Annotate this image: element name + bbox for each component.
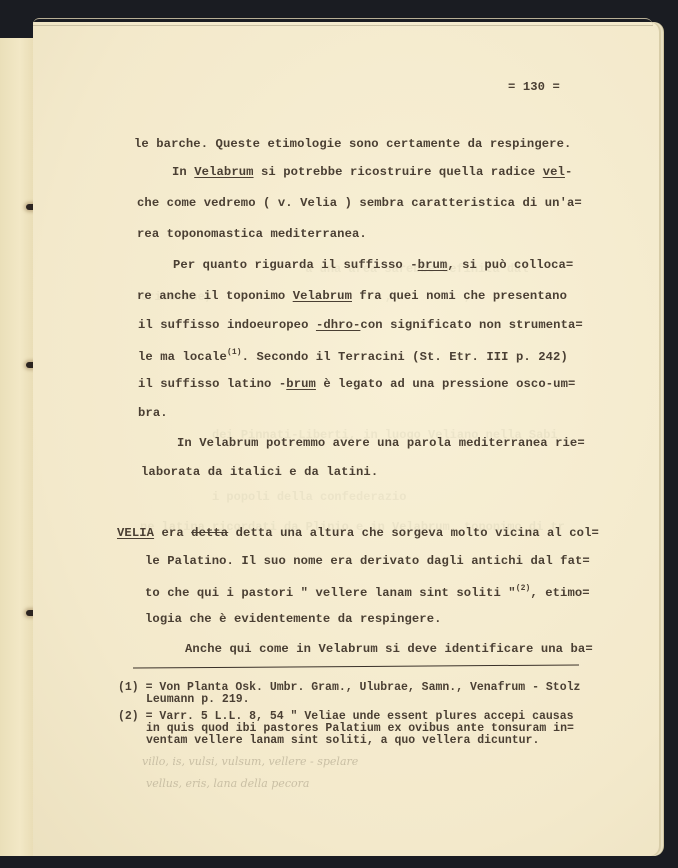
text-line: In Velabrum si potrebbe ricostruire quel… <box>172 165 572 179</box>
text-line: le Palatino. Il suo nome era derivato da… <box>145 554 590 568</box>
page-number: = 130 = <box>508 80 560 94</box>
handwritten-note: villo, is, vulsi, vulsum, vellere - spel… <box>142 755 358 768</box>
text-line: le barche. Queste etimologie sono certam… <box>134 137 571 151</box>
text-line: che come vedremo ( v. Velia ) sembra car… <box>137 196 582 210</box>
text-line: Anche qui come in Velabrum si deve ident… <box>185 642 593 656</box>
underlined-term: brum <box>418 258 448 272</box>
underlined-term: brum <box>286 377 316 391</box>
section-heading-velia: VELIA <box>117 526 154 540</box>
text-line: laborata da italici e da latini. <box>141 465 378 479</box>
text-line: logia che è evidentemente da respingere. <box>145 612 442 626</box>
text-line: to che qui i pastori " vellere lanam sin… <box>145 584 590 600</box>
facing-page-edge <box>0 38 34 856</box>
underlined-term: -dhro- <box>316 318 360 332</box>
underlined-term: Velabrum <box>293 289 352 303</box>
text-line: rea toponomastica mediterranea. <box>137 227 367 241</box>
page-stack-edge <box>33 18 653 26</box>
text-line: il suffisso indoeuropeo -dhro-con signif… <box>138 318 583 332</box>
struck-word: detta <box>191 526 228 540</box>
footnote-ref: (2) <box>516 584 531 593</box>
footnote-1-cont: Leumann p. 219. <box>146 694 250 706</box>
handwritten-note: vellus, eris, lana della pecora <box>146 777 309 790</box>
underlined-term: vel <box>543 165 565 179</box>
text-line: bra. <box>138 406 168 420</box>
text-line: il suffisso latino -brum è legato ad una… <box>138 377 575 391</box>
text-line: re anche il toponimo Velabrum fra quei n… <box>137 289 567 303</box>
underlined-term: Velabrum <box>194 165 253 179</box>
footnote-marker: (2) <box>118 710 139 723</box>
scan-background <box>0 0 33 38</box>
text-line: le ma locale(1). Secondo il Terracini (S… <box>138 348 568 364</box>
text-line: VELIA era detta detta una altura che sor… <box>117 526 599 540</box>
bleed-through-text: i popoli della confederazio <box>140 490 406 504</box>
text-line: In Velabrum potremmo avere una parola me… <box>177 436 585 450</box>
footnote-2-cont: ventam vellere lanam sint soliti, a quo … <box>146 735 539 747</box>
text-line: Per quanto riguarda il suffisso -brum, s… <box>173 258 573 272</box>
footnote-ref: (1) <box>227 348 242 357</box>
footnote-marker: (1) <box>118 681 139 694</box>
